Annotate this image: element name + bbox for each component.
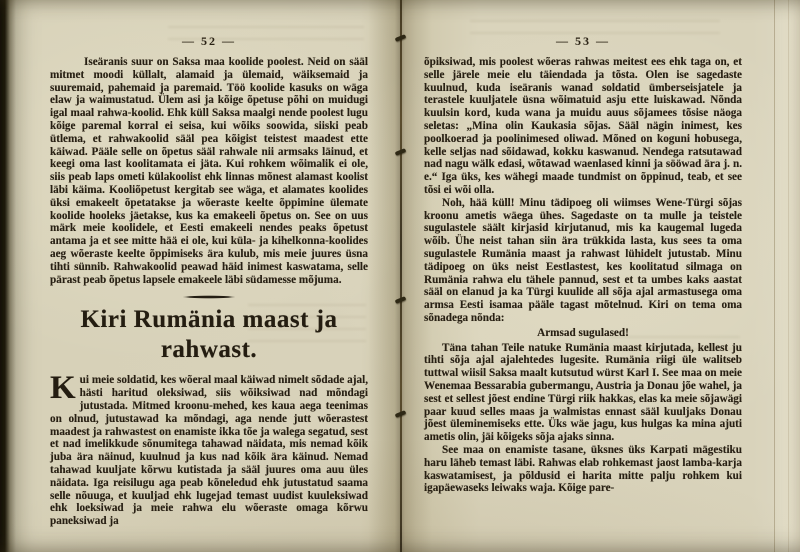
section-divider-rule bbox=[173, 295, 245, 299]
section-heading: Kiri Rumänia maast ja rahwast. bbox=[50, 305, 368, 365]
dark-left-photo-edge bbox=[0, 0, 16, 552]
left-page-number: — 52 — bbox=[50, 34, 368, 49]
left-page-intro-paragraph: Iseäranis suur on Saksa maa koolide pool… bbox=[50, 56, 368, 286]
left-page: — 52 — Iseäranis suur on Saksa maa kooli… bbox=[50, 34, 368, 528]
right-page-narrator-paragraph: Noh, hää küll! Minu tädipoeg oli wiimses… bbox=[424, 197, 742, 325]
letter-paragraph-2: See maa on enamiste tasane, üksnes üks K… bbox=[424, 444, 742, 495]
left-page-story-paragraph: Kui meie soldatid, kes wõeral maal käiwa… bbox=[50, 374, 368, 528]
bleed-through-texture bbox=[470, 16, 720, 34]
right-page-continuation-paragraph: õpiksiwad, mis poolest wõeras rahwas mei… bbox=[424, 56, 742, 197]
page-edge-line bbox=[788, 0, 789, 552]
right-page: — 53 — õpiksiwad, mis poolest wõeras rah… bbox=[424, 34, 742, 495]
page-stack-edge bbox=[772, 0, 800, 552]
letter-paragraph-1: Täna tahan Teile natuke Rumänia maast ki… bbox=[424, 342, 742, 444]
book-scan: — 52 — Iseäranis suur on Saksa maa kooli… bbox=[0, 0, 800, 552]
drop-cap-initial: K bbox=[50, 375, 76, 401]
letter-salutation: Armsad sugulased! bbox=[424, 327, 742, 340]
story-paragraph-text: ui meie soldatid, kes wõeral maal käiwad… bbox=[50, 374, 368, 527]
right-page-number: — 53 — bbox=[424, 34, 742, 49]
page-edge-line bbox=[774, 0, 775, 552]
binding-thread bbox=[400, 0, 402, 552]
